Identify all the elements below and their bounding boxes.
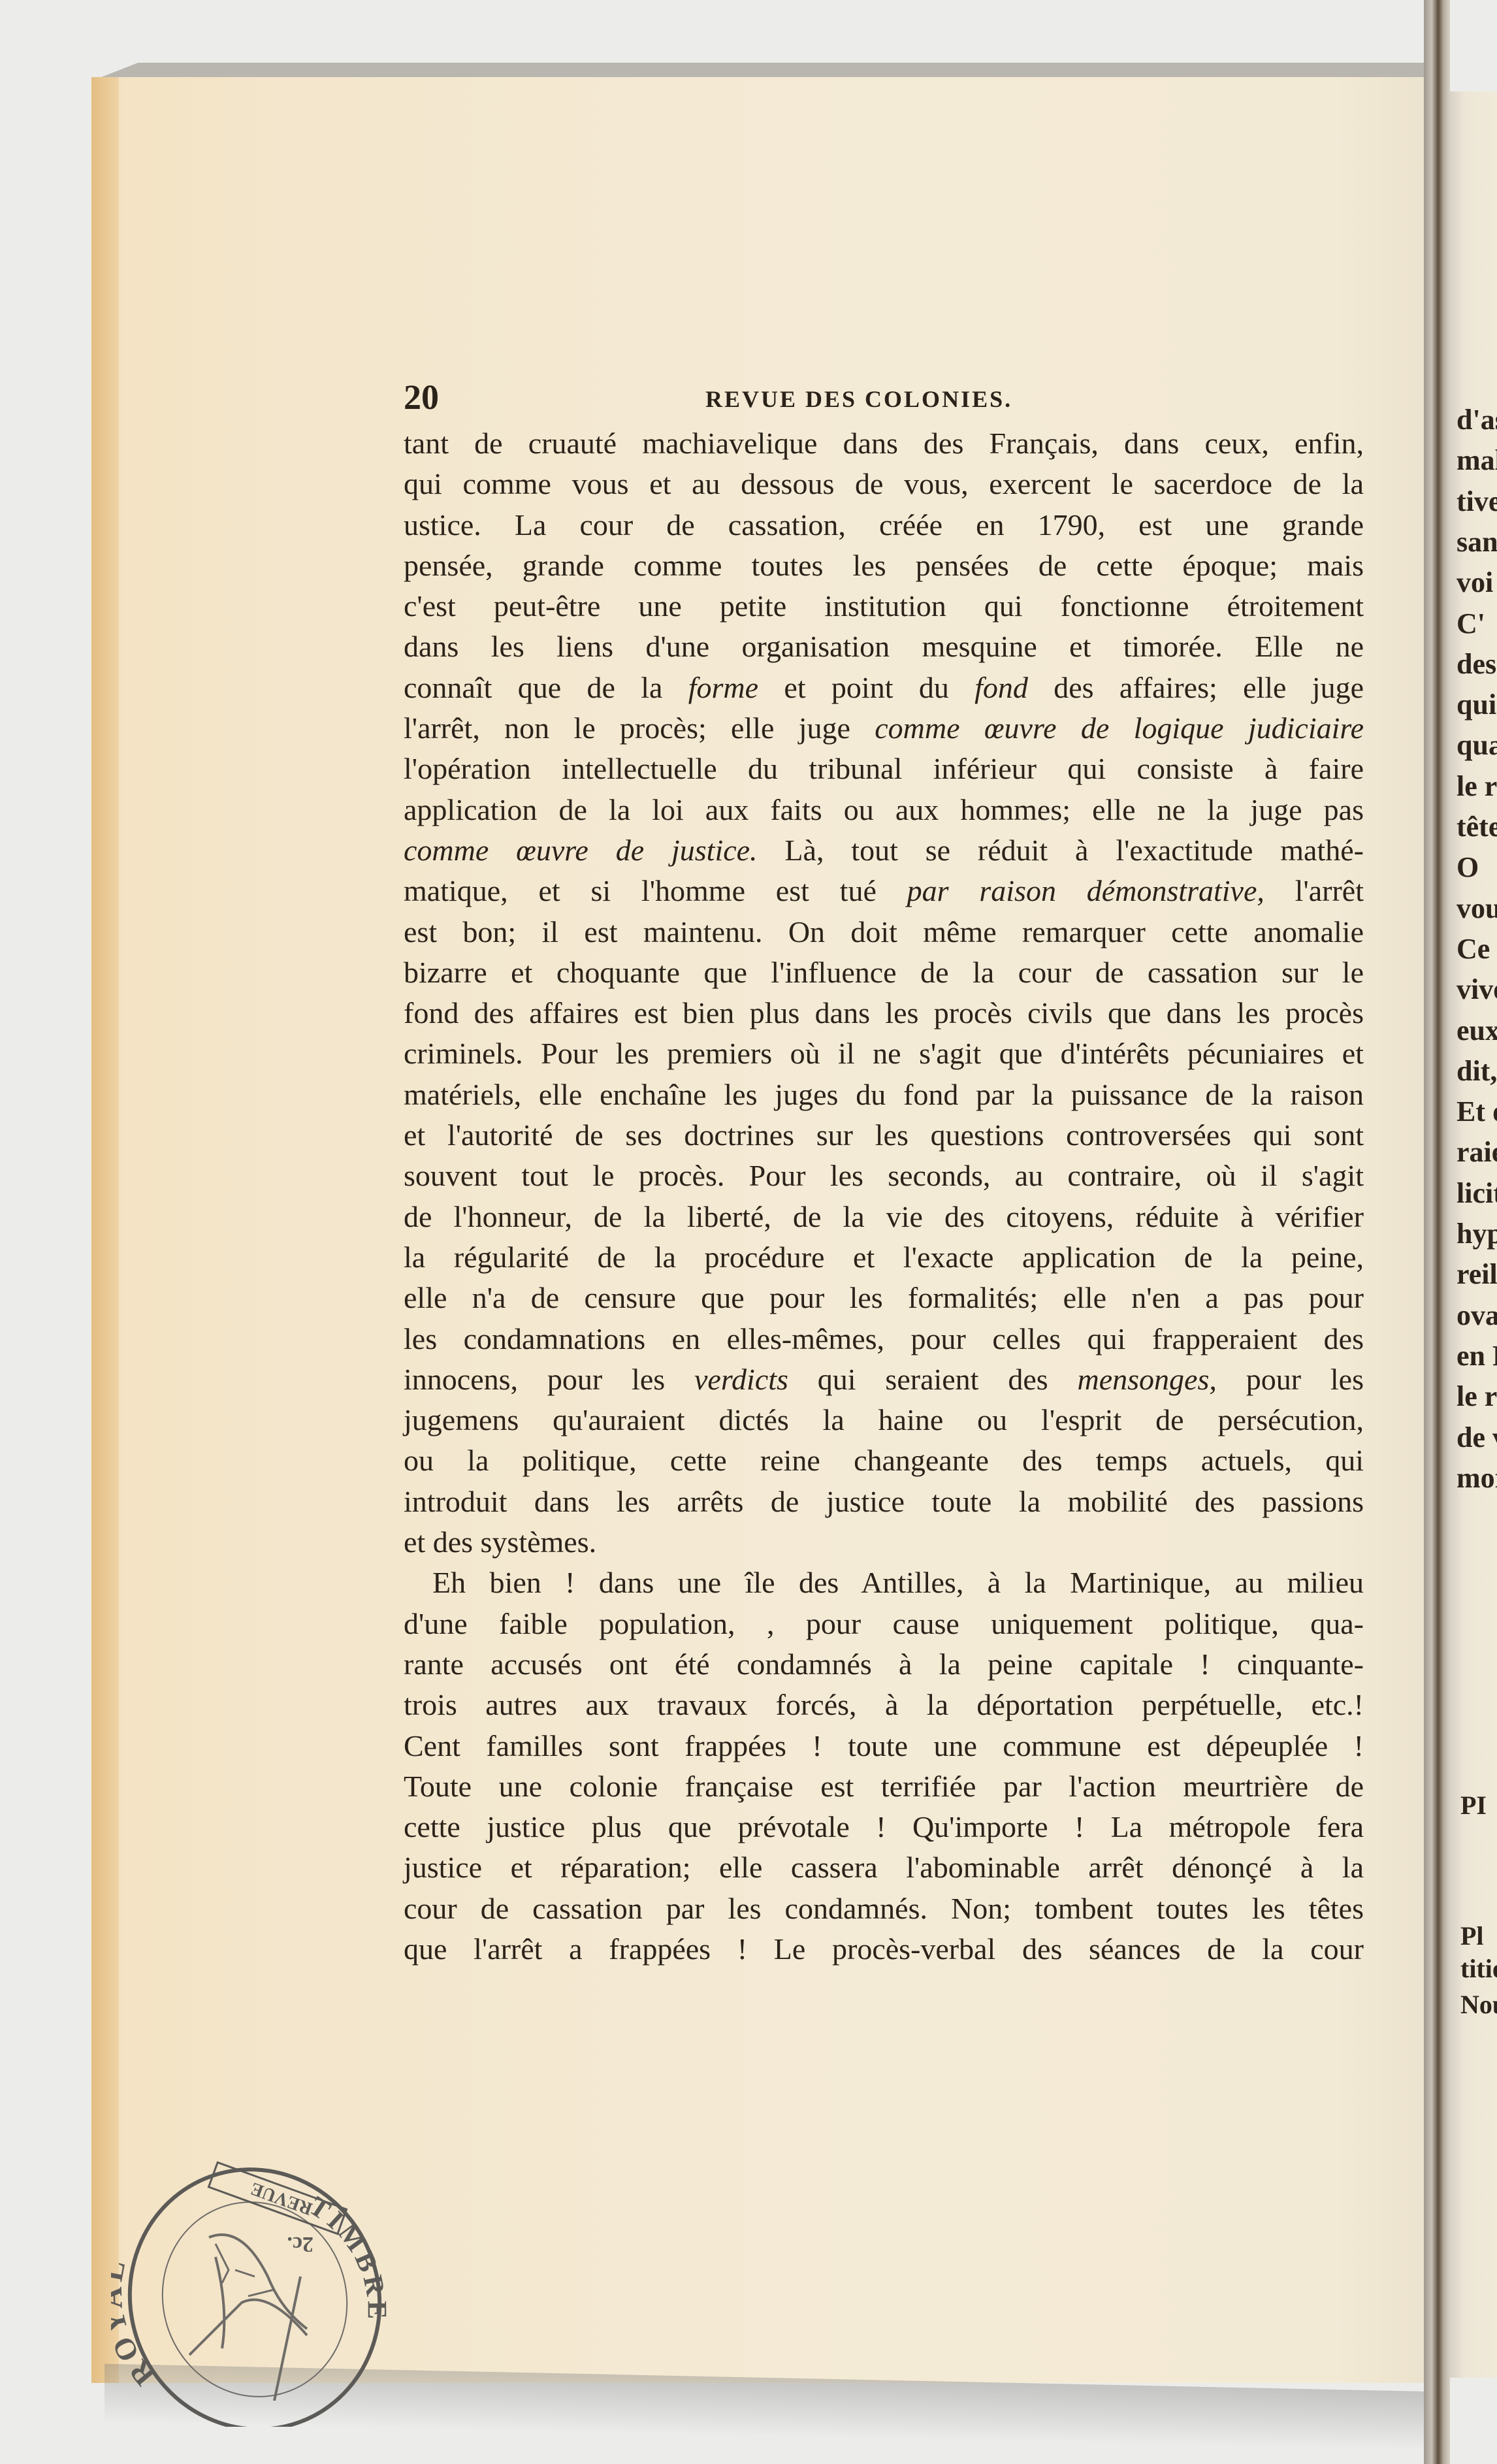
text-line: les condamnations en elles-mêmes, pour c… xyxy=(404,1319,1364,1359)
stamp-right-text: TIMBRE xyxy=(304,2191,392,2323)
royal-timbre-stamp-icon: ROYAL TIMBRE REVUE 2c. xyxy=(111,2139,398,2427)
adjacent-page-fragment: reil c xyxy=(1457,1254,1497,1295)
text-line: ustice. La cour de cassation, créée en 1… xyxy=(404,505,1364,545)
book-gutter-binding xyxy=(1424,0,1450,2464)
adjacent-page-fragment: tive xyxy=(1457,481,1497,522)
text-line: introduit dans les arrêts de justice tou… xyxy=(404,1482,1364,1522)
adjacent-page-fragment: eux- xyxy=(1457,1011,1497,1051)
text-line: que l'arrêt a frappées ! Le procès-verba… xyxy=(404,1929,1364,1970)
text-line: cette justice plus que prévotale ! Qu'im… xyxy=(404,1807,1364,1847)
adjacent-page: d'assmalittivesantevoi dC'desqui aquaile… xyxy=(1450,91,1497,2378)
text-line: l'arrêt, non le procès; elle juge comme … xyxy=(404,708,1364,749)
adjacent-page-fragment: quai xyxy=(1457,725,1497,766)
text-span: des affaires; elle juge xyxy=(1028,671,1364,704)
text-line: et l'autorité de ses doctrines sur les q… xyxy=(404,1115,1364,1156)
text-line: la régularité de la procédure et l'exact… xyxy=(404,1237,1364,1278)
text-span: qui seraient des xyxy=(788,1363,1078,1396)
adjacent-page-fragment: voi d xyxy=(1457,562,1497,603)
adjacent-page-fragment: de vo xyxy=(1457,1418,1497,1458)
text-line: c'est peut-être une petite institution q… xyxy=(404,586,1364,626)
adjacent-page-fragment: PI xyxy=(1460,1790,1487,1821)
running-head: 20 REVUE DES COLONIES. xyxy=(404,378,1364,423)
text-line: Cent familles sont frappées ! toute une … xyxy=(404,1726,1364,1766)
text-line: Toute une colonie française est terrifié… xyxy=(404,1766,1364,1807)
adjacent-page-fragment: qui a xyxy=(1457,685,1497,725)
adjacent-page-fragment: des xyxy=(1457,644,1496,685)
adjacent-page-fragment: ovati xyxy=(1457,1295,1497,1336)
text-line: application de la loi aux faits ou aux h… xyxy=(404,790,1364,830)
text-line: rante accusés ont été condamnés à la pei… xyxy=(404,1644,1364,1685)
italic-span: verdicts xyxy=(694,1363,788,1396)
adjacent-page-fragment: viver xyxy=(1457,969,1497,1010)
text-line: et des systèmes. xyxy=(404,1522,1364,1563)
adjacent-page-fragment: O xyxy=(1457,847,1479,888)
italic-span: fond xyxy=(974,671,1028,704)
text-line: bizarre et choquante que l'influence de … xyxy=(404,952,1364,993)
text-span: matique, et si l'homme est tué xyxy=(404,874,907,907)
italic-span: forme xyxy=(688,671,758,704)
text-line: pensée, grande comme toutes les pensées … xyxy=(404,545,1364,586)
italic-span: comme œuvre de justice. xyxy=(404,834,758,867)
adjacent-page-fragment: dit, xyxy=(1457,1051,1497,1092)
adjacent-page-fragment: malit xyxy=(1457,440,1497,481)
text-line: matique, et si l'homme est tué par raiso… xyxy=(404,871,1364,911)
text-span: Là, tout se réduit à l'exactitude mathé- xyxy=(758,834,1364,867)
adjacent-page-fragment: en F xyxy=(1457,1336,1497,1376)
adjacent-page-fragment: têtes xyxy=(1457,807,1497,847)
adjacent-page-fragment: titior xyxy=(1460,1953,1497,1984)
text-line: est bon; il est maintenu. On doit même r… xyxy=(404,912,1364,952)
text-line: justice et réparation; elle cassera l'ab… xyxy=(404,1847,1364,1888)
stamp-value: 2c. xyxy=(287,2232,314,2256)
stamp-left-text: ROYAL xyxy=(111,2254,161,2392)
text-line: elle n'a de censure que pour les formali… xyxy=(404,1278,1364,1318)
svg-text:TIMBRE: TIMBRE xyxy=(304,2191,392,2323)
page-text-block: 20 REVUE DES COLONIES. tant de cruauté m… xyxy=(404,378,1364,1970)
adjacent-page-fragment: Pl xyxy=(1460,1921,1484,1951)
text-line: Eh bien ! dans une île des Antilles, à l… xyxy=(404,1563,1364,1603)
text-span: pour les xyxy=(1217,1363,1364,1396)
adjacent-page-fragment: le rej xyxy=(1457,1376,1497,1417)
adjacent-page-fragment: sante xyxy=(1457,522,1497,562)
page-number: 20 xyxy=(404,378,439,417)
italic-span: par raison démonstrative, xyxy=(907,874,1264,907)
text-line: criminels. Pour les premiers où il ne s'… xyxy=(404,1033,1364,1074)
adjacent-page-fragment: Ce xyxy=(1457,929,1490,969)
adjacent-page-fragment: C' xyxy=(1457,604,1485,644)
text-span: innocens, pour les xyxy=(404,1363,694,1396)
adjacent-page-fragment: le ri xyxy=(1457,766,1497,807)
page-top-shadow xyxy=(98,63,1437,78)
text-line: d'une faible population, , pour cause un… xyxy=(404,1604,1364,1644)
text-span: et point du xyxy=(758,671,974,704)
text-line: tant de cruauté machiavelique dans des F… xyxy=(404,423,1364,464)
text-line: cour de cassation par les condamnés. Non… xyxy=(404,1889,1364,1929)
text-span: connaît que de la xyxy=(404,671,688,704)
text-line: souvent tout le procès. Pour les seconds… xyxy=(404,1156,1364,1196)
text-line: matériels, elle enchaîne les juges du fo… xyxy=(404,1075,1364,1115)
italic-span: comme œuvre de logique judiciaire xyxy=(875,711,1364,745)
text-line: dans les liens d'une organisation mesqui… xyxy=(404,626,1364,667)
text-line: fond des affaires est bien plus dans les… xyxy=(404,993,1364,1033)
adjacent-page-fragment: Nous xyxy=(1460,1989,1497,2020)
journal-title: REVUE DES COLONIES. xyxy=(705,385,1012,413)
body-text: tant de cruauté machiavelique dans des F… xyxy=(404,423,1364,1970)
italic-span: mensonges, xyxy=(1078,1363,1217,1396)
text-line: qui comme vous et au dessous de vous, ex… xyxy=(404,464,1364,504)
text-span: l'arrêt, non le procès; elle juge xyxy=(404,711,875,745)
text-line: ou la politique, cette reine changeante … xyxy=(404,1440,1364,1481)
adjacent-page-fragment: Et d xyxy=(1457,1092,1497,1132)
svg-text:ROYAL: ROYAL xyxy=(111,2254,161,2392)
text-span: l'arrêt xyxy=(1264,874,1364,907)
text-line: de l'honneur, de la liberté, de la vie d… xyxy=(404,1197,1364,1237)
text-line: innocens, pour les verdicts qui seraient… xyxy=(404,1359,1364,1400)
text-line: comme œuvre de justice. Là, tout se rédu… xyxy=(404,830,1364,871)
page-edge-foxing xyxy=(91,77,119,2383)
adjacent-page-fragment: licite xyxy=(1457,1173,1497,1214)
adjacent-page-fragment: raien xyxy=(1457,1132,1497,1173)
adjacent-page-fragment: hypo xyxy=(1457,1214,1497,1254)
adjacent-page-fragment: vous xyxy=(1457,888,1497,929)
adjacent-page-fragment: d'ass xyxy=(1457,400,1497,440)
text-line: trois autres aux travaux forcés, à la dé… xyxy=(404,1685,1364,1725)
text-line: jugemens qu'auraient dictés la haine ou … xyxy=(404,1400,1364,1440)
adjacent-page-fragment: mort xyxy=(1457,1458,1497,1499)
text-line: l'opération intellectuelle du tribunal i… xyxy=(404,749,1364,789)
text-line: connaît que de la forme et point du fond… xyxy=(404,668,1364,708)
